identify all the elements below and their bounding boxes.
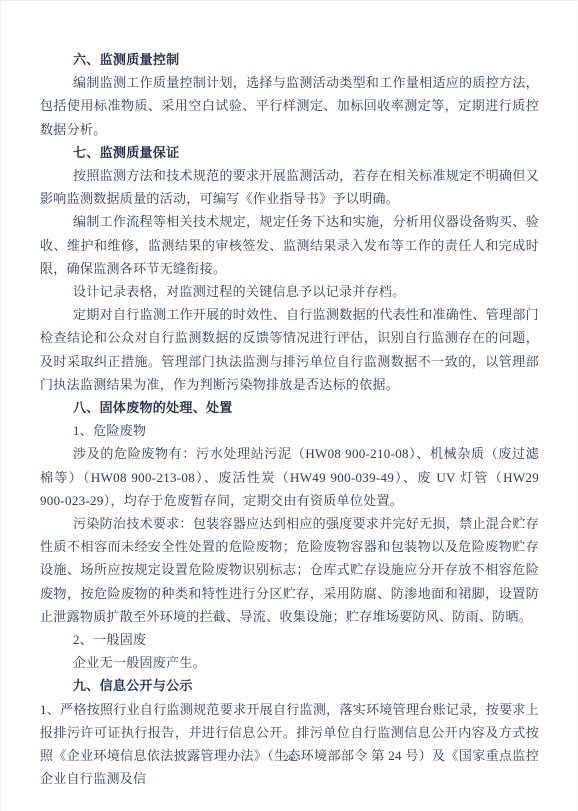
- section-heading: 八、固体废物的处理、处置: [40, 396, 539, 419]
- section-heading: 七、监测质量保证: [40, 141, 539, 164]
- document-content: 六、监测质量控制编制监测工作质量控制计划，选择与监测活动类型和工作量相适应的质控…: [40, 48, 539, 791]
- paragraph: 污染防治技术要求：包装容器应达到相应的强度要求并完好无损，禁止混合贮存性质不相容…: [40, 512, 539, 628]
- paragraph: 按照监测方法和技术规范的要求开展监测活动，若存在相关标准规定不明确但又影响监测数…: [40, 164, 539, 210]
- paragraph: 1、严格按照行业自行监测规范要求开展自行监测，落实环境管理台账记录，按要求上报排…: [40, 698, 539, 791]
- paragraph: 编制工作流程等相关技术规定，规定任务下达和实施，分析用仪器设备购买、验收、维护和…: [40, 210, 539, 280]
- section-heading: 六、监测质量控制: [40, 48, 539, 71]
- section-heading: 九、信息公开与公示: [40, 674, 539, 697]
- paragraph: 编制监测工作质量控制计划，选择与监测活动类型和工作量相适应的质控方法，包括使用标…: [40, 71, 539, 141]
- document-page: 六、监测质量控制编制监测工作质量控制计划，选择与监测活动类型和工作量相适应的质控…: [0, 0, 578, 811]
- paragraph: 涉及的危险废物有：污水处理站污泥（HW08 900-210-08）、机械杂质（废…: [40, 442, 539, 512]
- paragraph: 企业无一般固废产生。: [40, 651, 539, 674]
- page-number: 26: [0, 753, 578, 763]
- paragraph: 设计记录表格，对监测过程的关键信息予以记录并存档。: [40, 280, 539, 303]
- paragraph: 2、一般固废: [40, 628, 539, 651]
- paragraph: 定期对自行监测工作开展的时效性、自行监测数据的代表性和准确性、管理部门检查结论和…: [40, 303, 539, 396]
- paragraph: 1、危险废物: [40, 419, 539, 442]
